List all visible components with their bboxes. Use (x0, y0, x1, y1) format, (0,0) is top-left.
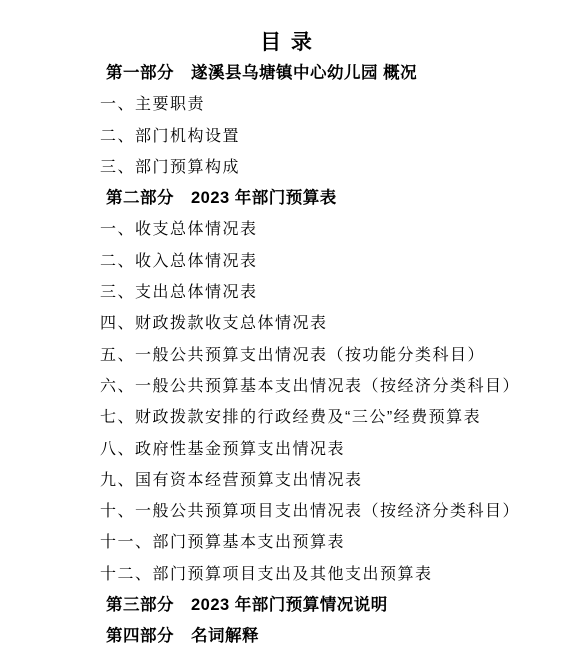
toc-section-heading: 第四部分 名词解释 (0, 621, 574, 652)
toc-entry: 七、财政拨款安排的行政经费及“三公”经费预算表 (0, 402, 574, 433)
toc-entry: 三、支出总体情况表 (0, 277, 574, 308)
toc-entry: 二、部门机构设置 (0, 121, 574, 152)
toc-entry: 二、收入总体情况表 (0, 246, 574, 277)
document-page: 目 录 第一部分 遂溪县乌塘镇中心幼儿园 概况一、主要职责二、部门机构设置三、部… (0, 0, 574, 660)
toc-entry: 八、政府性基金预算支出情况表 (0, 434, 574, 465)
toc-entry: 六、一般公共预算基本支出情况表（按经济分类科目） (0, 371, 574, 402)
toc-entry: 五、一般公共预算支出情况表（按功能分类科目） (0, 340, 574, 371)
toc-entry: 九、国有资本经营预算支出情况表 (0, 465, 574, 496)
toc-title: 目 录 (0, 28, 574, 58)
toc-entry: 一、收支总体情况表 (0, 214, 574, 245)
toc-list: 第一部分 遂溪县乌塘镇中心幼儿园 概况一、主要职责二、部门机构设置三、部门预算构… (0, 58, 574, 653)
toc-entry: 十、一般公共预算项目支出情况表（按经济分类科目） (0, 496, 574, 527)
toc-entry: 一、主要职责 (0, 89, 574, 120)
toc-entry: 三、部门预算构成 (0, 152, 574, 183)
toc-section-heading: 第三部分 2023 年部门预算情况说明 (0, 590, 574, 621)
toc-entry: 十二、部门预算项目支出及其他支出预算表 (0, 559, 574, 590)
toc-entry: 四、财政拨款收支总体情况表 (0, 308, 574, 339)
toc-section-heading: 第一部分 遂溪县乌塘镇中心幼儿园 概况 (0, 58, 574, 89)
toc-entry: 十一、部门预算基本支出预算表 (0, 527, 574, 558)
toc-section-heading: 第二部分 2023 年部门预算表 (0, 183, 574, 214)
